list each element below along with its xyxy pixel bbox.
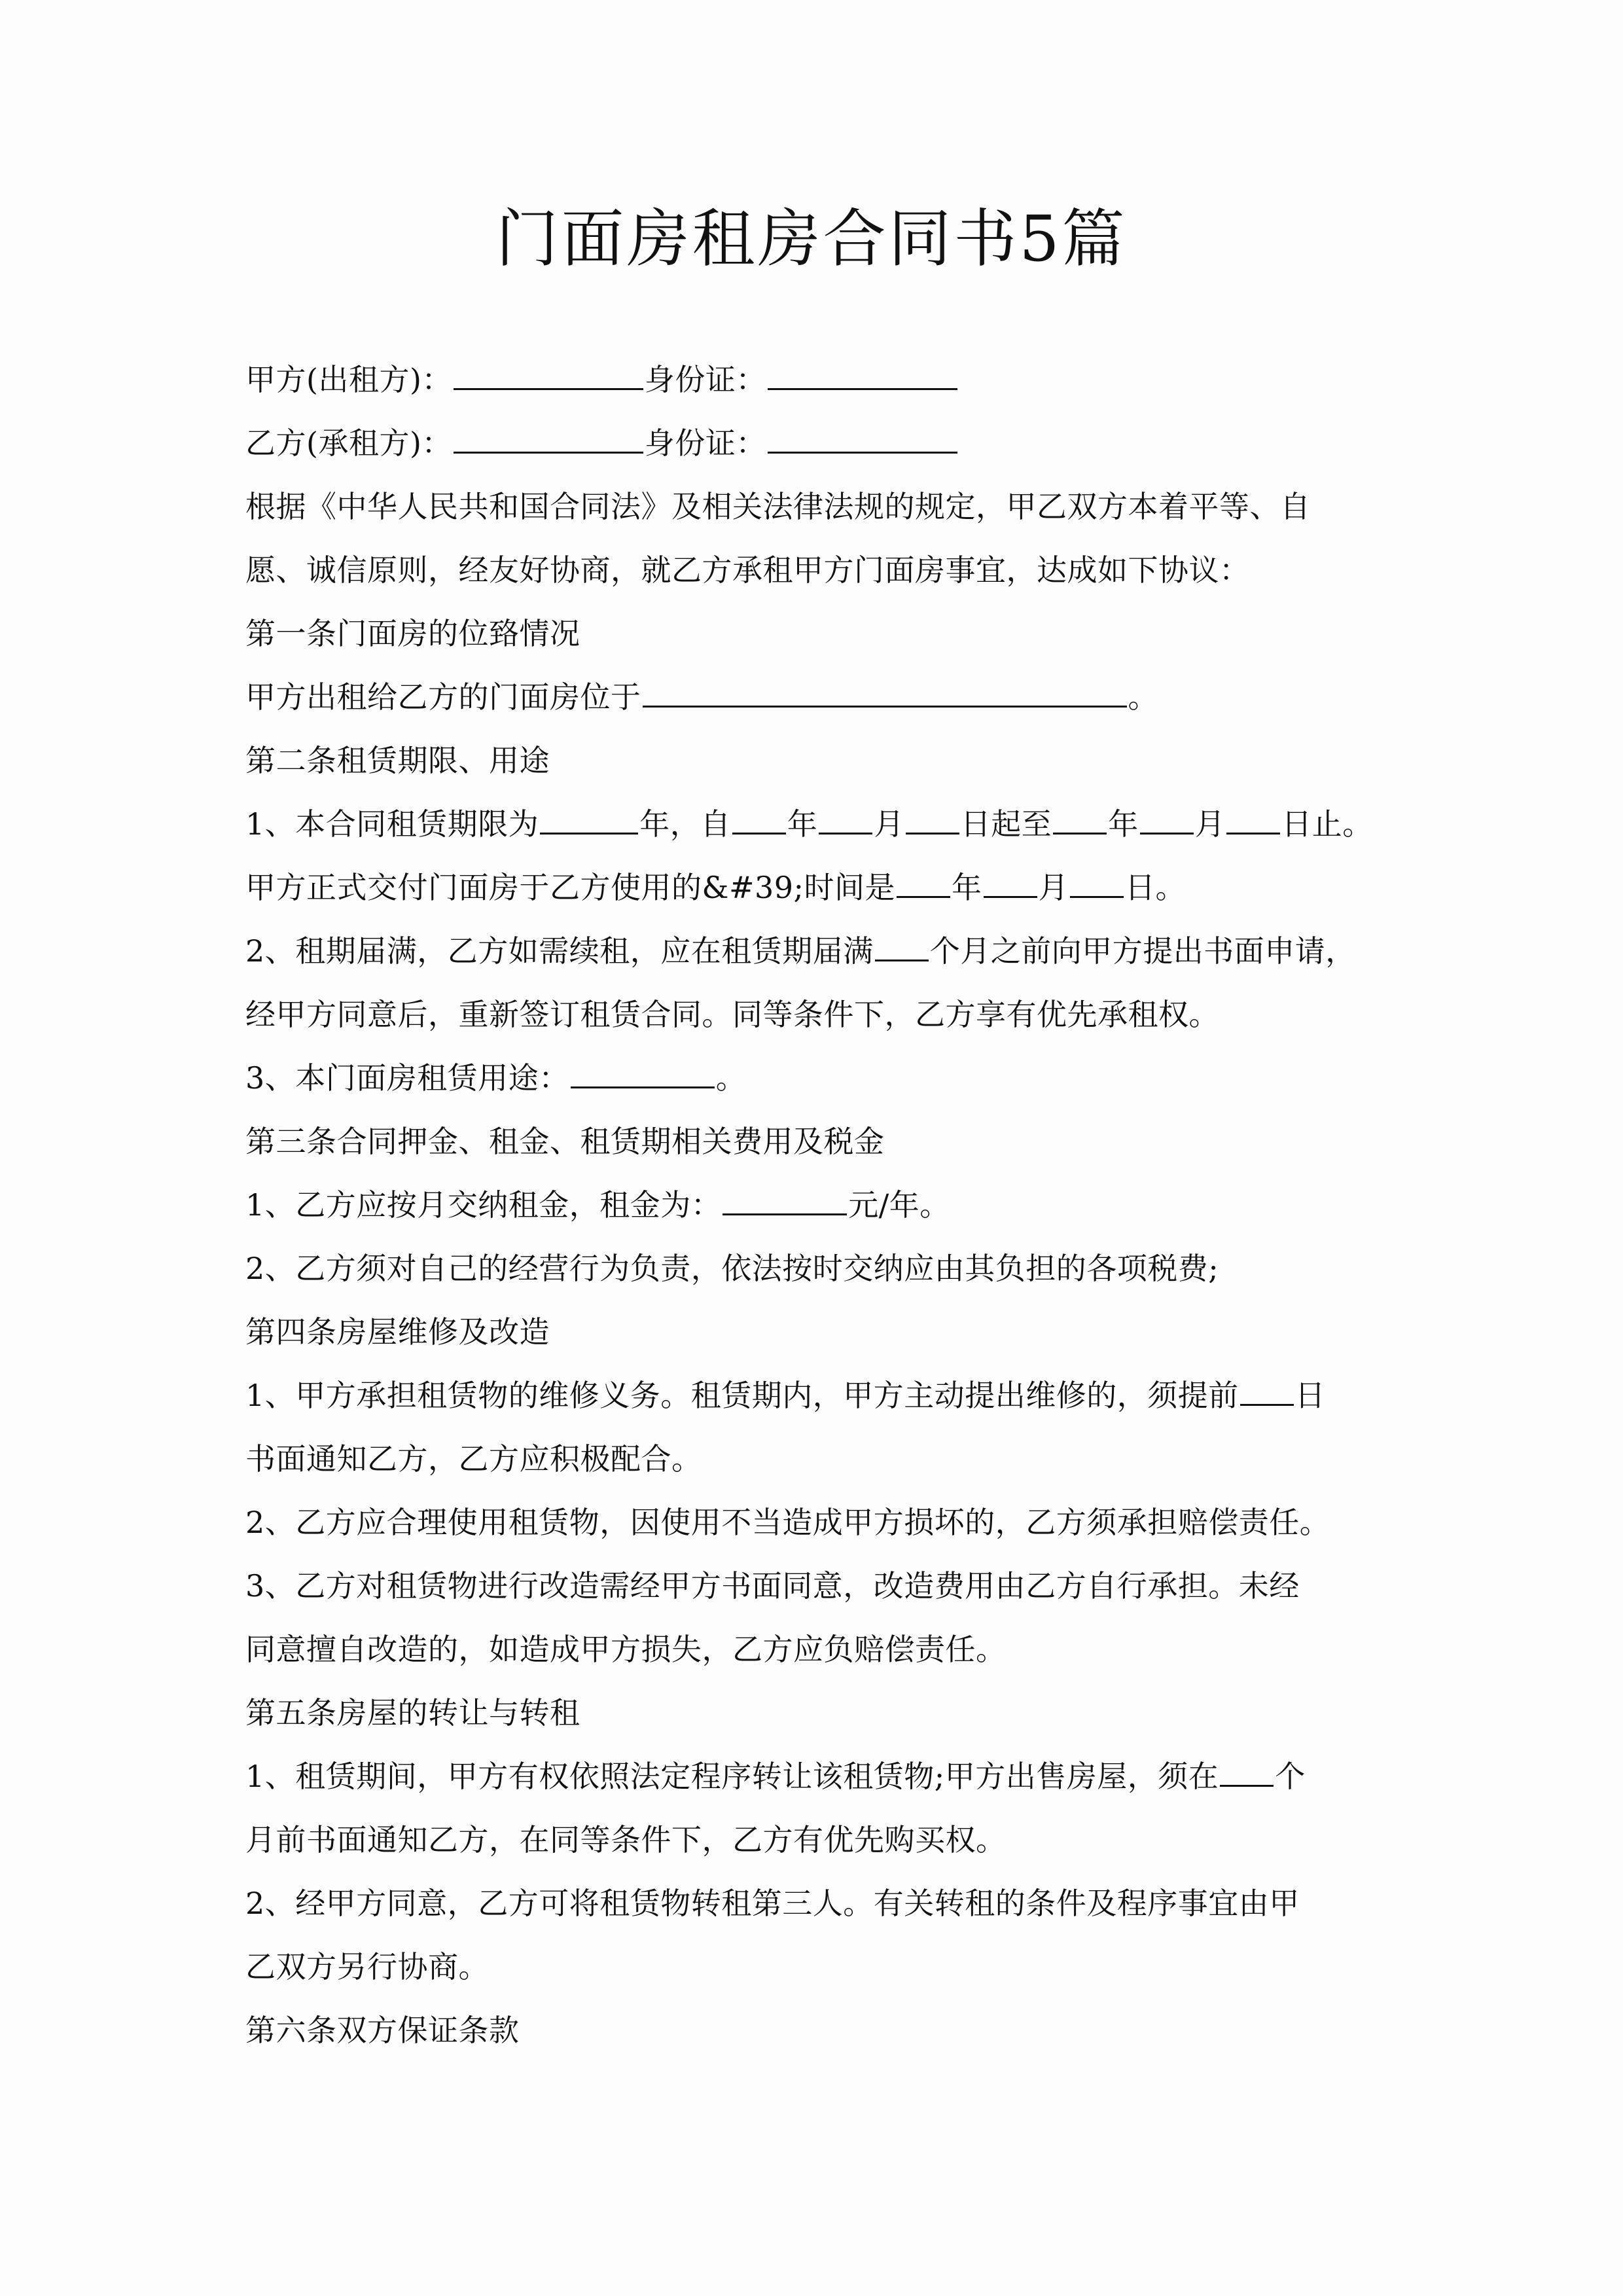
renewal-text: 个月之前向甲方提出书面申请， — [930, 933, 1356, 969]
article4-item2: 2、乙方应合理使用租赁物，因使用不当造成甲方损坏的，乙方须承担赔偿责任。 — [245, 1499, 1397, 1563]
article6-heading: 第六条双方保证条款 — [245, 2007, 1397, 2071]
article4-item1-line1: 1、甲方承担租赁物的维修义务。租赁期内，甲方主动提出维修的，须提前日 — [245, 1372, 1397, 1436]
transfer-text: 个 — [1275, 1759, 1306, 1794]
lessor-id-label: 身份证： — [645, 362, 766, 397]
article1-text: 甲方出租给乙方的门面房位于 — [245, 679, 641, 715]
document-body: 甲方(出租方)：身份证： 乙方(承租方)：身份证： 根据《中华人民共和国合同法》… — [245, 357, 1397, 2071]
lessor-name-blank — [454, 359, 643, 390]
article4-item3-line2: 同意擅自改造的，如造成甲方损失，乙方应负赔偿责任。 — [245, 1626, 1397, 1690]
renewal-text: 2、租期届满，乙方如需续租，应在租赁期届满 — [245, 933, 874, 969]
lessee-id-blank — [768, 423, 957, 454]
article2-delivery: 甲方正式交付门面房于乙方使用的&#39;时间是年月日。 — [245, 865, 1397, 928]
article1-period: 。 — [1128, 679, 1159, 715]
transfer-text: 1、租赁期间，甲方有权依照法定程序转让该租赁物;甲方出售房屋，须在 — [245, 1759, 1219, 1794]
article5-item1-line1: 1、租赁期间，甲方有权依照法定程序转让该租赁物;甲方出售房屋，须在个 — [245, 1753, 1397, 1817]
delivery-text: 甲方正式交付门面房于乙方使用的&#39;时间是 — [245, 870, 895, 905]
lessor-label: 甲方(出租方)： — [245, 362, 452, 397]
delivery-text: 年 — [952, 870, 982, 905]
end-month-blank — [1140, 804, 1194, 834]
lessee-label: 乙方(承租方)： — [245, 425, 452, 461]
preamble-line-1: 根据《中华人民共和国合同法》及相关法律法规的规定，甲乙双方本着平等、自 — [245, 484, 1397, 547]
article2-item1: 1、本合同租赁期限为年，自年月日起至年月日止。 — [245, 801, 1397, 865]
usage-text: 3、本门面房租赁用途： — [245, 1060, 569, 1096]
end-day-blank — [1226, 804, 1280, 834]
term-text: 月 — [874, 806, 904, 842]
article5-heading: 第五条房屋的转让与转租 — [245, 1690, 1397, 1753]
article5-item1-line2: 月前书面通知乙方，在同等条件下，乙方有优先购买权。 — [245, 1817, 1397, 1880]
lessee-name-blank — [454, 423, 643, 454]
article3-heading: 第三条合同押金、租金、租赁期相关费用及税金 — [245, 1119, 1397, 1182]
article2-item3: 3、本门面房租赁用途：。 — [245, 1055, 1397, 1119]
article5-item2-line2: 乙双方另行协商。 — [245, 1944, 1397, 2007]
article1-location-line: 甲方出租给乙方的门面房位于。 — [245, 674, 1397, 738]
document-title: 门面房租房合同书5篇 — [0, 196, 1623, 281]
article4-item3-line1: 3、乙方对租赁物进行改造需经甲方书面同意，改造费用由乙方自行承担。未经 — [245, 1563, 1397, 1626]
delivery-text: 日。 — [1125, 870, 1186, 905]
start-year-blank — [732, 804, 786, 834]
lessee-id-label: 身份证： — [645, 425, 766, 461]
article2-item2-line2: 经甲方同意后，重新签订租赁合同。同等条件下，乙方享有优先承租权。 — [245, 992, 1397, 1055]
term-years-blank — [540, 804, 638, 834]
sale-notice-months-blank — [1220, 1756, 1274, 1787]
delivery-month-blank — [984, 867, 1037, 898]
preamble-line-2: 愿、诚信原则，经友好协商，就乙方承租甲方门面房事宜，达成如下协议： — [245, 547, 1397, 611]
term-text: 1、本合同租赁期限为 — [245, 806, 539, 842]
renewal-months-blank — [875, 931, 929, 961]
article3-item2: 2、乙方须对自己的经营行为负责，依法按时交纳应由其负担的各项税费; — [245, 1246, 1397, 1309]
article3-item1: 1、乙方应按月交纳租金，租金为：元/年。 — [245, 1182, 1397, 1246]
usage-blank — [571, 1058, 715, 1088]
term-text: 年 — [787, 806, 818, 842]
repair-notice-days-blank — [1240, 1375, 1294, 1406]
usage-text: 。 — [716, 1060, 747, 1096]
article5-item2-line1: 2、经甲方同意，乙方可将租赁物转租第三人。有关转租的条件及程序事宜由甲 — [245, 1880, 1397, 1944]
document-page: 门面房租房合同书5篇 甲方(出租方)：身份证： 乙方(承租方)：身份证： 根据《… — [0, 0, 1623, 2296]
term-text: 年，自 — [639, 806, 731, 842]
lessee-line: 乙方(承租方)：身份证： — [245, 420, 1397, 484]
rent-text: 元/年。 — [848, 1187, 950, 1223]
lessor-id-blank — [768, 359, 957, 390]
delivery-text: 月 — [1039, 870, 1069, 905]
location-blank — [643, 677, 1127, 708]
rent-text: 1、乙方应按月交纳租金，租金为： — [245, 1187, 721, 1223]
article2-item2-line1: 2、租期届满，乙方如需续租，应在租赁期届满个月之前向甲方提出书面申请， — [245, 928, 1397, 992]
article4-heading: 第四条房屋维修及改造 — [245, 1309, 1397, 1372]
end-year-blank — [1053, 804, 1107, 834]
start-month-blank — [819, 804, 872, 834]
rent-amount-blank — [722, 1185, 847, 1215]
article2-heading: 第二条租赁期限、用途 — [245, 738, 1397, 801]
article4-item1-line2: 书面通知乙方，乙方应积极配合。 — [245, 1436, 1397, 1499]
delivery-year-blank — [897, 867, 950, 898]
start-day-blank — [906, 804, 959, 834]
term-text: 日起至 — [961, 806, 1052, 842]
article1-heading: 第一条门面房的位臵情况 — [245, 611, 1397, 674]
repair-text: 1、甲方承担租赁物的维修义务。租赁期内，甲方主动提出维修的，须提前 — [245, 1378, 1239, 1413]
repair-text: 日 — [1295, 1378, 1326, 1413]
delivery-day-blank — [1070, 867, 1124, 898]
term-text: 日止。 — [1281, 806, 1373, 842]
lessor-line: 甲方(出租方)：身份证： — [245, 357, 1397, 420]
term-text: 月 — [1195, 806, 1226, 842]
term-text: 年 — [1108, 806, 1139, 842]
